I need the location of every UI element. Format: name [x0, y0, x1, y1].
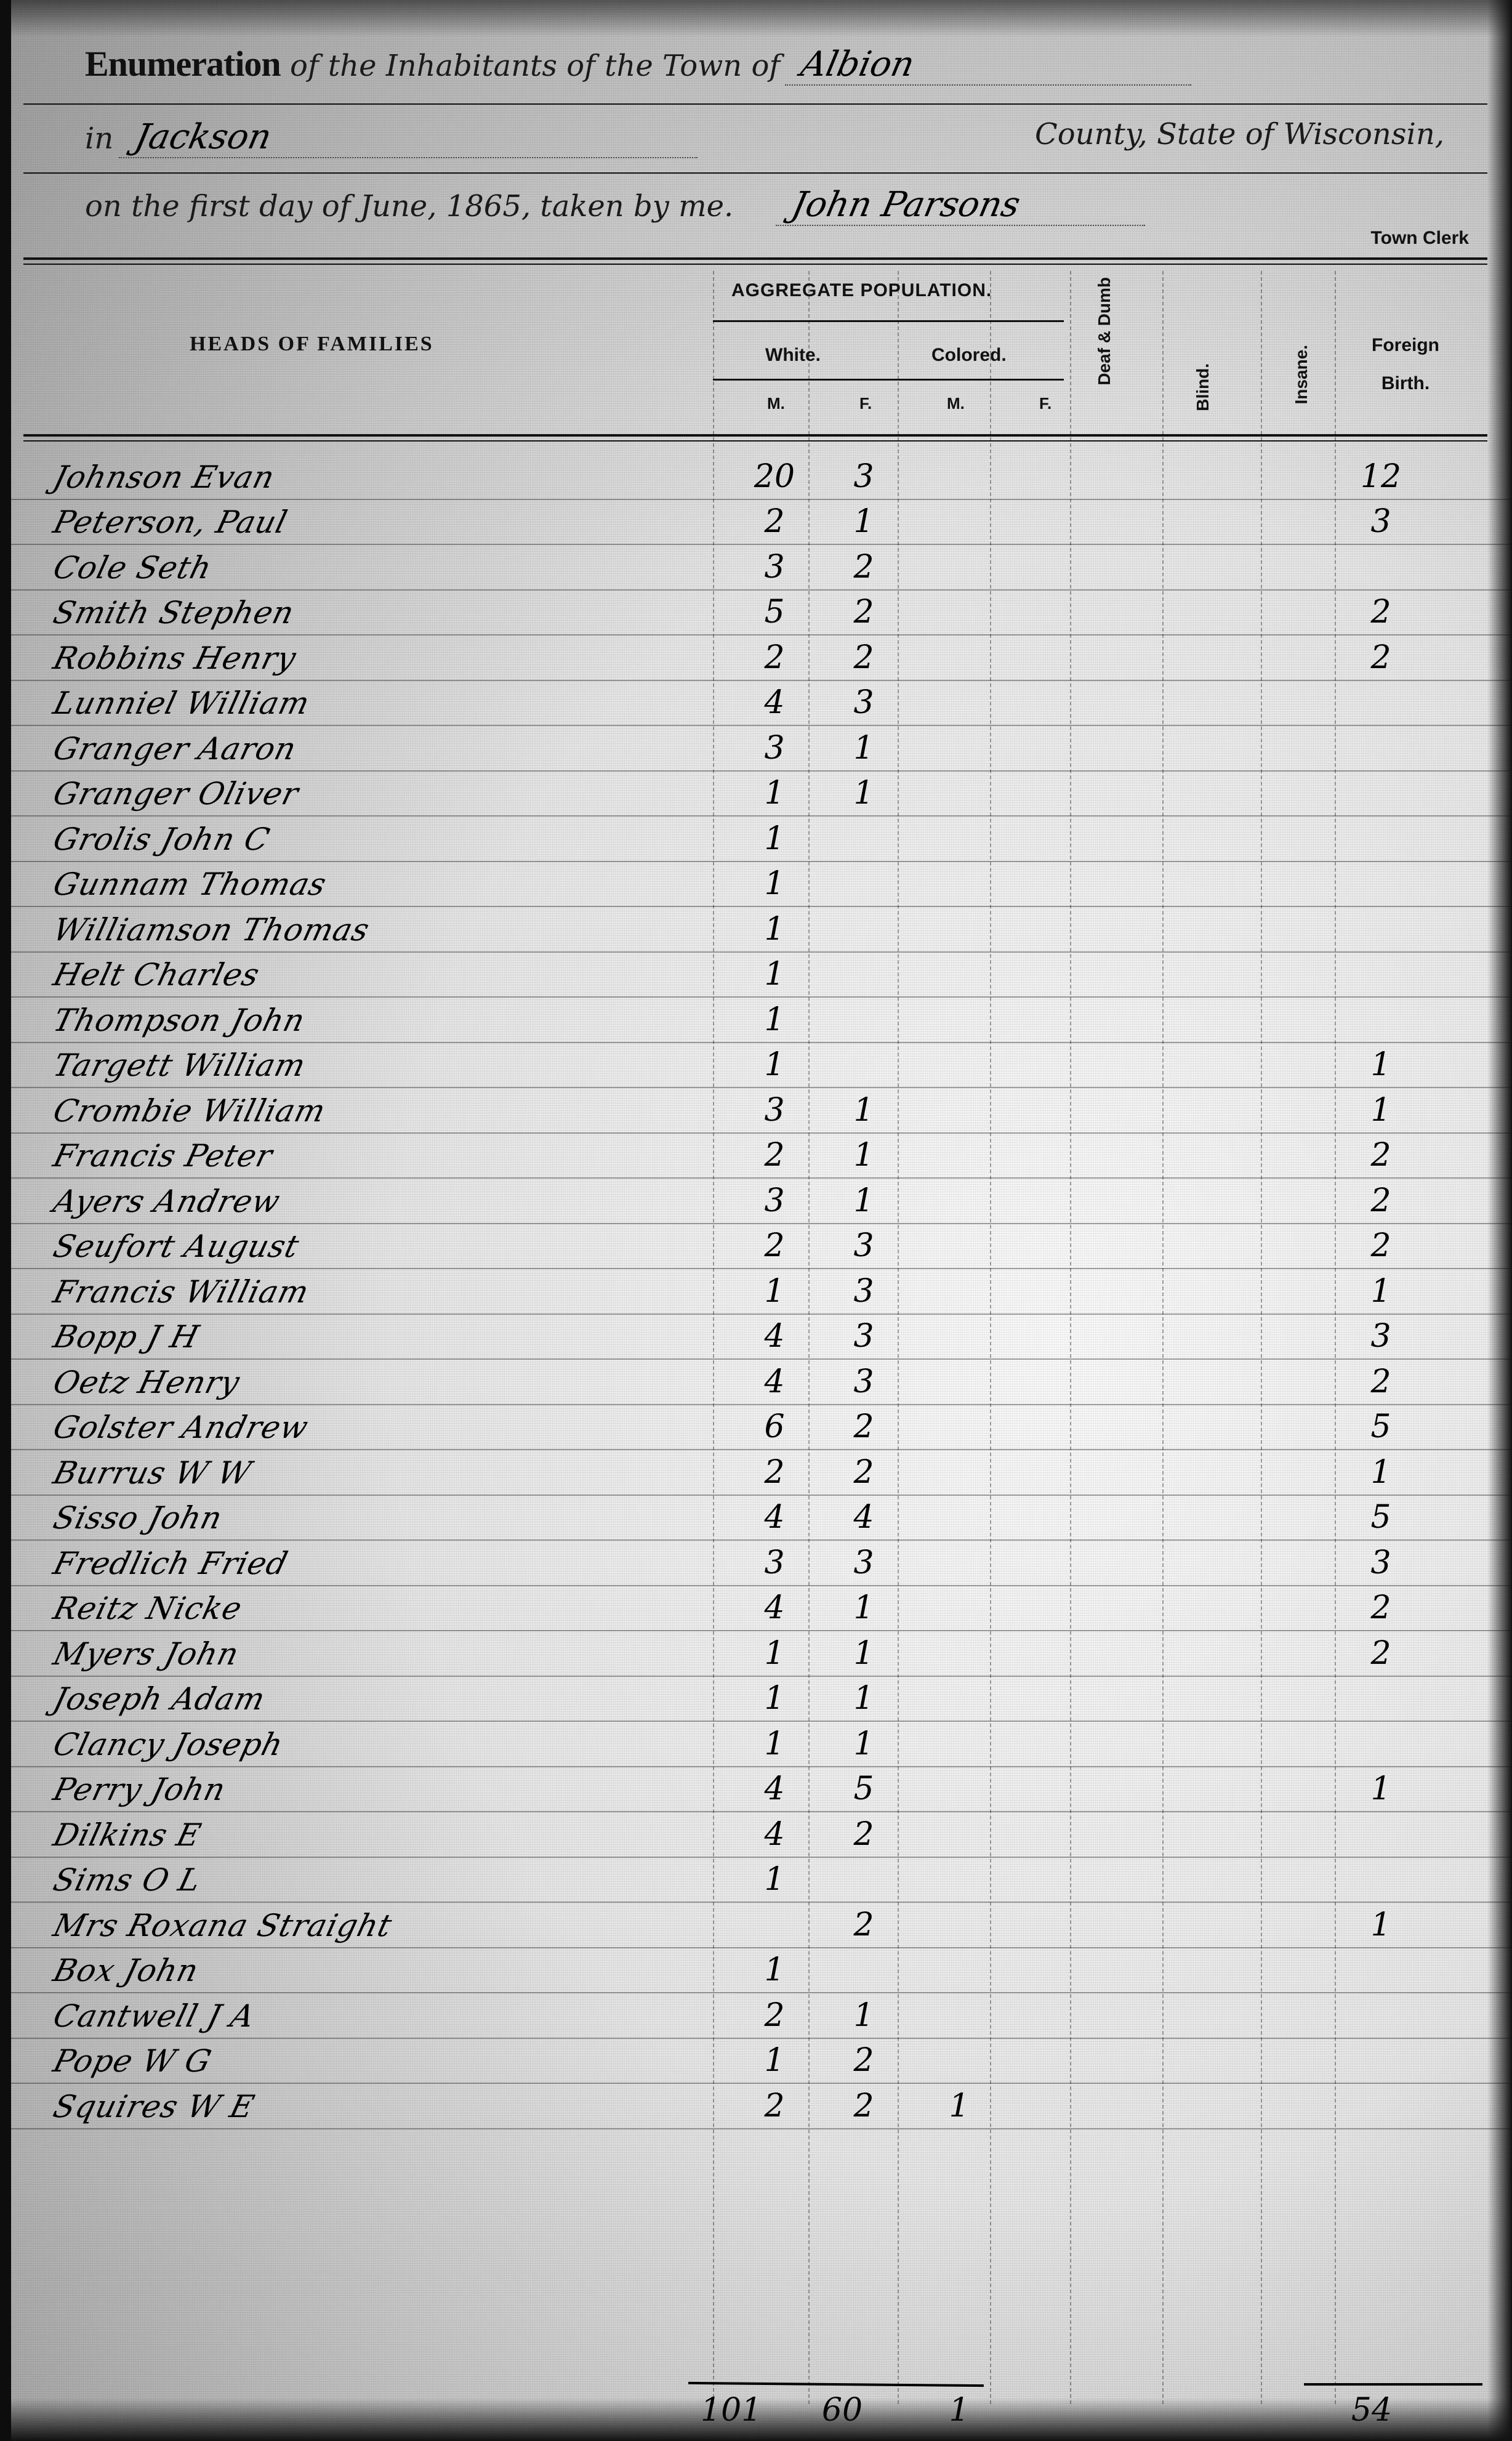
foreign-birth-count: 1 — [1356, 1770, 1405, 1807]
census-row: Oetz Henry 4 3 2 — [11, 1360, 1512, 1405]
foreign-birth-count: 2 — [1356, 639, 1405, 676]
foreign-birth-count: 5 — [1356, 1499, 1405, 1536]
white-male-count: 3 — [750, 730, 799, 767]
white-male-count: 1 — [750, 1635, 799, 1672]
white-male-count: 1 — [750, 956, 799, 993]
head-of-family-name: Sims O L — [50, 1862, 205, 1898]
foreign-birth-count: 2 — [1356, 1227, 1405, 1264]
census-row: Seufort August 2 3 2 — [11, 1224, 1512, 1270]
white-male-count: 2 — [750, 1227, 799, 1264]
white-female-count: 1 — [839, 775, 888, 812]
census-rows: Johnson Evan 20 3 12 Peterson, Paul 2 1 … — [11, 454, 1512, 2129]
white-female-count: 1 — [839, 1635, 888, 1672]
census-row: Williamson Thomas 1 — [11, 907, 1512, 953]
white-female-count: 1 — [839, 1725, 888, 1762]
white-female-count: 1 — [839, 1680, 888, 1717]
census-row: Pope W G 1 2 — [11, 2039, 1512, 2084]
header-rule-thick — [23, 434, 1487, 437]
head-of-family-name: Mrs Roxana Straight — [50, 1908, 396, 1943]
title-inhabitants: of the Inhabitants of the Town of — [290, 49, 780, 83]
totals-rule — [688, 2382, 984, 2387]
totals-rule — [1304, 2383, 1482, 2386]
census-row: Francis Peter 2 1 2 — [11, 1134, 1512, 1179]
white-female-count: 3 — [839, 1318, 888, 1355]
col-insane: Insane. — [1292, 345, 1311, 404]
foreign-birth-count: 1 — [1356, 1906, 1405, 1943]
white-female-count: 1 — [839, 730, 888, 767]
head-of-family-name: Seufort August — [50, 1229, 303, 1264]
col-white-female: F. — [859, 394, 872, 413]
census-row: Cantwell J A 2 1 — [11, 1993, 1512, 2039]
white-female-count: 3 — [839, 1544, 888, 1581]
white-female-count: 3 — [839, 1273, 888, 1310]
white-male-count: 2 — [750, 1454, 799, 1491]
white-male-count: 1 — [750, 865, 799, 902]
title-county-state: County, State of Wisconsin, — [1035, 117, 1444, 151]
foreign-birth-count: 3 — [1356, 1544, 1405, 1581]
white-female-count: 3 — [839, 1363, 888, 1400]
white-male-count: 2 — [750, 1137, 799, 1174]
white-male-count: 5 — [750, 594, 799, 631]
white-male-count: 2 — [750, 1997, 799, 2034]
white-female-count: 5 — [839, 1770, 888, 1807]
white-male-count: 4 — [750, 1770, 799, 1807]
census-row: Robbins Henry 2 2 2 — [11, 635, 1512, 681]
white-male-count: 1 — [750, 1725, 799, 1762]
foreign-birth-count: 5 — [1356, 1408, 1405, 1445]
white-male-count: 2 — [750, 639, 799, 676]
foreign-birth-count: 1 — [1356, 1092, 1405, 1129]
foreign-birth-count: 2 — [1356, 1137, 1405, 1174]
white-male-count: 4 — [750, 1499, 799, 1536]
foreign-birth-count: 3 — [1356, 503, 1405, 540]
head-of-family-name: Cantwell J A — [50, 1998, 259, 2034]
census-row: Smith Stephen 5 2 2 — [11, 591, 1512, 636]
census-row: Fredlich Fried 3 3 3 — [11, 1541, 1512, 1586]
col-foreign-birth-line2: Birth. — [1372, 365, 1439, 403]
census-row: Burrus W W 2 2 1 — [11, 1450, 1512, 1496]
scan-shadow-right — [1487, 0, 1512, 2441]
white-female-count: 2 — [839, 1454, 888, 1491]
white-female-count: 2 — [839, 2042, 888, 2079]
col-foreign-birth-line1: Foreign — [1372, 326, 1439, 365]
head-of-family-name: Peterson, Paul — [50, 504, 291, 540]
head-of-family-name: Cole Seth — [50, 550, 215, 586]
header-rule — [23, 264, 1487, 265]
head-of-family-name: Helt Charles — [50, 957, 263, 993]
head-of-family-name: Clancy Joseph — [50, 1727, 287, 1762]
census-row: Bopp J H 4 3 3 — [11, 1315, 1512, 1360]
white-female-count: 1 — [839, 1137, 888, 1174]
white-female-count: 1 — [839, 503, 888, 540]
white-male-count: 3 — [750, 549, 799, 586]
head-of-family-name: Granger Oliver — [50, 776, 302, 812]
head-of-family-name: Oetz Henry — [50, 1365, 244, 1400]
white-male-count: 1 — [750, 1001, 799, 1038]
head-of-family-name: Francis Peter — [50, 1138, 276, 1174]
census-date: June, 1865, — [360, 189, 531, 224]
white-male-count: 1 — [750, 911, 799, 948]
col-heads-of-families: HEADS OF FAMILIES — [190, 333, 434, 356]
scan-shadow-top — [11, 0, 1512, 37]
head-of-family-name: Thompson John — [50, 1003, 309, 1038]
census-row: Clancy Joseph 1 1 — [11, 1722, 1512, 1767]
col-blind: Blind. — [1193, 363, 1213, 411]
foreign-birth-count: 2 — [1356, 594, 1405, 631]
col-colored: Colored. — [931, 345, 1007, 366]
white-male-count: 4 — [750, 1318, 799, 1355]
census-row: Sisso John 4 4 5 — [11, 1496, 1512, 1541]
foreign-birth-count: 2 — [1356, 1635, 1405, 1672]
header-rule — [23, 172, 1487, 174]
col-white-male: M. — [767, 394, 785, 413]
white-female-count: 1 — [839, 1092, 888, 1129]
census-row: Johnson Evan 20 3 12 — [11, 454, 1512, 500]
header-rule-thick — [23, 257, 1487, 260]
foreign-birth-count: 2 — [1356, 1589, 1405, 1626]
foreign-birth-count: 2 — [1356, 1363, 1405, 1400]
census-row: Granger Aaron 3 1 — [11, 726, 1512, 772]
census-row: Peterson, Paul 2 1 3 — [11, 500, 1512, 546]
census-row: Cole Seth 3 2 — [11, 545, 1512, 591]
head-of-family-name: Robbins Henry — [50, 640, 300, 676]
colored-male-count: 1 — [935, 2088, 984, 2124]
census-row: Thompson John 1 — [11, 998, 1512, 1043]
head-of-family-name: Targett William — [50, 1047, 310, 1083]
census-row: Ayers Andrew 3 1 2 — [11, 1179, 1512, 1224]
white-female-count: 2 — [839, 549, 888, 586]
census-row: Francis William 1 3 1 — [11, 1269, 1512, 1315]
white-male-count: 4 — [750, 684, 799, 721]
census-row: Joseph Adam 1 1 — [11, 1677, 1512, 1722]
census-row: Gunnam Thomas 1 — [11, 862, 1512, 908]
title-line-3: on the first day of June, 1865, taken by… — [85, 185, 1475, 226]
county-name: Jackson — [118, 117, 706, 158]
white-female-count: 1 — [839, 1182, 888, 1219]
foreign-birth-count: 3 — [1356, 1318, 1405, 1355]
white-male-count: 1 — [750, 775, 799, 812]
white-male-count: 4 — [750, 1589, 799, 1626]
census-row: Golster Andrew 6 2 5 — [11, 1405, 1512, 1451]
white-female-count: 2 — [839, 1816, 888, 1853]
head-of-family-name: Lunniel William — [50, 685, 313, 721]
header-rule — [23, 440, 1487, 442]
census-row: Box John 1 — [11, 1948, 1512, 1994]
head-of-family-name: Francis William — [50, 1274, 313, 1310]
white-male-count: 2 — [750, 2088, 799, 2124]
title-enumeration: Enumeration — [85, 44, 281, 84]
census-row: Mrs Roxana Straight 2 1 — [11, 1903, 1512, 1948]
col-foreign-birth: Foreign Birth. — [1372, 326, 1439, 403]
title-line-2: in Jackson County, State of Wisconsin, — [85, 117, 1475, 158]
head-of-family-name: Burrus W W — [50, 1455, 255, 1491]
census-row: Reitz Nicke 4 1 2 — [11, 1586, 1512, 1632]
header-rule — [713, 379, 1064, 381]
census-row: Grolis John C 1 — [11, 817, 1512, 862]
white-male-count: 1 — [750, 820, 799, 857]
scan-shadow-bottom — [11, 2398, 1512, 2441]
white-male-count: 1 — [750, 1861, 799, 1898]
head-of-family-name: Dilkins E — [50, 1817, 205, 1853]
foreign-birth-count: 1 — [1356, 1454, 1405, 1491]
header-rule — [23, 103, 1487, 105]
title-first-day: on the first day of — [85, 189, 350, 224]
white-male-count: 3 — [750, 1544, 799, 1581]
white-female-count: 4 — [839, 1499, 888, 1536]
foreign-birth-count: 12 — [1356, 458, 1405, 495]
census-row: Crombie William 3 1 1 — [11, 1088, 1512, 1134]
head-of-family-name: Sisso John — [50, 1500, 227, 1536]
census-row: Perry John 4 5 1 — [11, 1767, 1512, 1813]
clerk-signature: John Parsons — [775, 185, 1153, 226]
white-male-count: 1 — [750, 1046, 799, 1083]
head-of-family-name: Myers John — [50, 1636, 243, 1672]
head-of-family-name: Perry John — [50, 1772, 230, 1807]
census-row: Squires W E 2 2 1 — [11, 2084, 1512, 2129]
head-of-family-name: Smith Stephen — [50, 595, 298, 631]
foreign-birth-count: 2 — [1356, 1182, 1405, 1219]
white-male-count: 4 — [750, 1816, 799, 1853]
col-white: White. — [765, 345, 821, 366]
census-row: Myers John 1 1 2 — [11, 1631, 1512, 1677]
white-female-count: 2 — [839, 2088, 888, 2124]
white-male-count: 1 — [750, 1951, 799, 1988]
col-deaf-dumb: Deaf & Dumb — [1095, 277, 1114, 385]
town-clerk-label: Town Clerk — [1371, 228, 1469, 249]
white-female-count: 2 — [839, 1408, 888, 1445]
white-male-count: 1 — [750, 1273, 799, 1310]
title-in: in — [85, 121, 113, 156]
foreign-birth-count: 1 — [1356, 1273, 1405, 1310]
town-name: Albion — [785, 44, 1200, 86]
head-of-family-name: Box John — [50, 1953, 203, 1988]
white-female-count: 2 — [839, 594, 888, 631]
header-rule — [713, 320, 1064, 322]
head-of-family-name: Johnson Evan — [50, 459, 279, 495]
census-row: Lunniel William 4 3 — [11, 681, 1512, 727]
white-male-count: 20 — [750, 458, 799, 495]
white-female-count: 2 — [839, 639, 888, 676]
head-of-family-name: Bopp J H — [50, 1319, 203, 1355]
col-colored-male: M. — [947, 394, 965, 413]
head-of-family-name: Fredlich Fried — [50, 1546, 292, 1581]
col-aggregate-population: AGGREGATE POPULATION. — [731, 280, 992, 301]
white-male-count: 2 — [750, 503, 799, 540]
head-of-family-name: Granger Aaron — [50, 731, 300, 767]
white-male-count: 6 — [750, 1408, 799, 1445]
foreign-birth-count: 1 — [1356, 1046, 1405, 1083]
white-female-count: 1 — [839, 1997, 888, 2034]
head-of-family-name: Williamson Thomas — [50, 912, 374, 948]
col-colored-female: F. — [1039, 394, 1052, 413]
head-of-family-name: Crombie William — [50, 1093, 329, 1129]
white-female-count: 3 — [839, 684, 888, 721]
census-row: Helt Charles 1 — [11, 953, 1512, 998]
head-of-family-name: Joseph Adam — [50, 1681, 269, 1717]
white-male-count: 1 — [750, 2042, 799, 2079]
white-female-count: 2 — [839, 1906, 888, 1943]
white-male-count: 4 — [750, 1363, 799, 1400]
head-of-family-name: Golster Andrew — [50, 1410, 312, 1445]
head-of-family-name: Squires W E — [50, 2089, 259, 2124]
white-female-count: 3 — [839, 458, 888, 495]
head-of-family-name: Ayers Andrew — [50, 1184, 284, 1219]
census-row: Dilkins E 4 2 — [11, 1812, 1512, 1858]
head-of-family-name: Gunnam Thomas — [50, 866, 331, 902]
white-female-count: 1 — [839, 1589, 888, 1626]
white-female-count: 3 — [839, 1227, 888, 1264]
head-of-family-name: Grolis John C — [50, 821, 274, 857]
title-taken-by: taken by me. — [540, 189, 733, 224]
white-male-count: 3 — [750, 1182, 799, 1219]
head-of-family-name: Reitz Nicke — [50, 1591, 246, 1626]
census-row: Targett William 1 1 — [11, 1043, 1512, 1089]
census-row: Granger Oliver 1 1 — [11, 772, 1512, 817]
census-row: Sims O L 1 — [11, 1858, 1512, 1903]
head-of-family-name: Pope W G — [50, 2043, 215, 2079]
white-male-count: 3 — [750, 1092, 799, 1129]
title-line-1: Enumeration of the Inhabitants of the To… — [85, 43, 1475, 86]
census-page: Enumeration of the Inhabitants of the To… — [11, 0, 1512, 2441]
white-male-count: 1 — [750, 1680, 799, 1717]
